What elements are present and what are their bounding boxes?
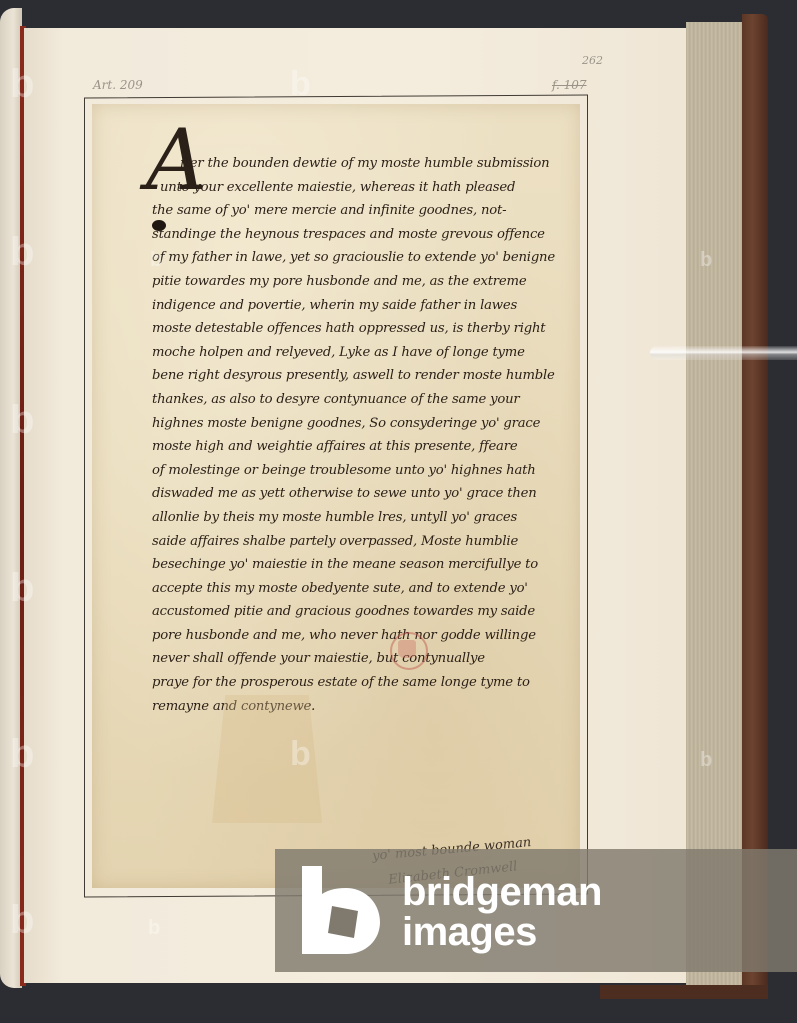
watermark-tile-icon: b bbox=[150, 240, 162, 280]
letter-line: standinge the heynous trespaces and most… bbox=[152, 223, 592, 247]
watermark-tile-icon: b bbox=[290, 734, 311, 774]
watermark-tile-icon: b bbox=[10, 734, 34, 774]
watermark-tile-icon: b bbox=[10, 400, 34, 440]
letter-line: bene right desyrous presently, aswell to… bbox=[152, 364, 592, 388]
letter-line: praye for the prosperous estate of the s… bbox=[152, 671, 592, 695]
letter-line: fter the bounden dewtie of my moste humb… bbox=[152, 152, 592, 176]
letter-line: moste high and weightie affaires at this… bbox=[152, 435, 592, 459]
letter-line: indigence and povertie, wherin my saide … bbox=[152, 294, 592, 318]
letter-line: highnes moste benigne goodnes, So consyd… bbox=[152, 412, 592, 436]
letter-line: remayne and contynewe. bbox=[152, 695, 592, 719]
letter-line: moste detestable offences hath oppressed… bbox=[152, 317, 592, 341]
letter-line: never shall offende your maiestie, but c… bbox=[152, 647, 592, 671]
letter-line: allonlie by theis my moste humble lres, … bbox=[152, 506, 592, 530]
letter-body: fter the bounden dewtie of my moste humb… bbox=[152, 152, 592, 718]
brand-name-line-1: bridgeman bbox=[402, 872, 602, 912]
letter-line: besechinge yo' maiestie in the meane sea… bbox=[152, 553, 592, 577]
letter-line: diswaded me as yett otherwise to sewe un… bbox=[152, 482, 592, 506]
leather-cover-bottom bbox=[600, 985, 768, 999]
letter-line: of molestinge or beinge troublesome unto… bbox=[152, 459, 592, 483]
letter-line: pore husbonde and me, who never hath nor… bbox=[152, 624, 592, 648]
letter-line: accepte this my moste obedyente sute, an… bbox=[152, 577, 592, 601]
folio-number-top: 262 bbox=[582, 54, 603, 67]
letter-line: unto your excellente maiestie, whereas i… bbox=[152, 176, 592, 200]
watermark-tile-icon: b bbox=[148, 908, 160, 948]
letter-line: of my father in lawe, yet so graciouslie… bbox=[152, 246, 592, 270]
crown-stamp-icon bbox=[398, 640, 416, 658]
brand-name-line-2: images bbox=[402, 912, 537, 952]
shelfmark-annotation: Art. 209 bbox=[93, 78, 143, 92]
letter-line: the same of yo' mere mercie and infinite… bbox=[152, 199, 592, 223]
left-page-edge bbox=[0, 8, 22, 988]
bridgeman-logo-icon bbox=[302, 866, 380, 954]
watermark-tile-icon: b bbox=[10, 232, 34, 272]
letter-line: accustomed pitie and gracious goodnes to… bbox=[152, 600, 592, 624]
watermark-tile-icon: b bbox=[10, 64, 34, 104]
folio-number: f. 107 bbox=[552, 78, 587, 92]
watermark-tile-icon: b bbox=[700, 240, 712, 280]
watermark-tile-icon: b bbox=[10, 900, 34, 940]
page-fore-edge bbox=[686, 22, 746, 992]
page-marker-clip bbox=[650, 346, 797, 360]
letter-line: pitie towardes my pore husbonde and me, … bbox=[152, 270, 592, 294]
watermark-tile-icon: b bbox=[10, 568, 34, 608]
watermark-tile-icon: b bbox=[700, 740, 712, 780]
watermark-tile-icon: b bbox=[290, 64, 311, 104]
letter-line: saide affaires shalbe partely overpassed… bbox=[152, 530, 592, 554]
letter-line: thankes, as also to desyre contynuance o… bbox=[152, 388, 592, 412]
letter-line: moche holpen and relyeved, Lyke as I hav… bbox=[152, 341, 592, 365]
